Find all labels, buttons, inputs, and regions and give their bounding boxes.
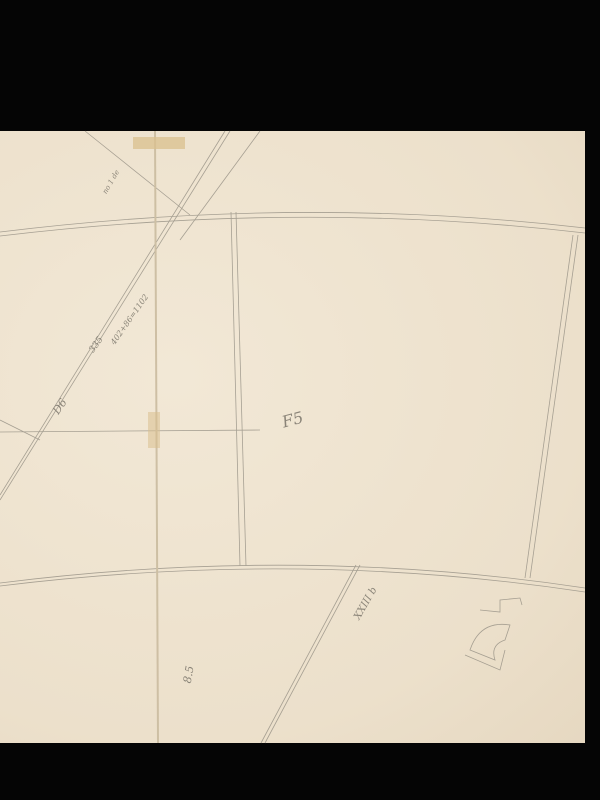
tape-strip-middle [148,412,160,448]
pencil-drawing [0,0,600,800]
tape-strip-top [133,137,185,149]
